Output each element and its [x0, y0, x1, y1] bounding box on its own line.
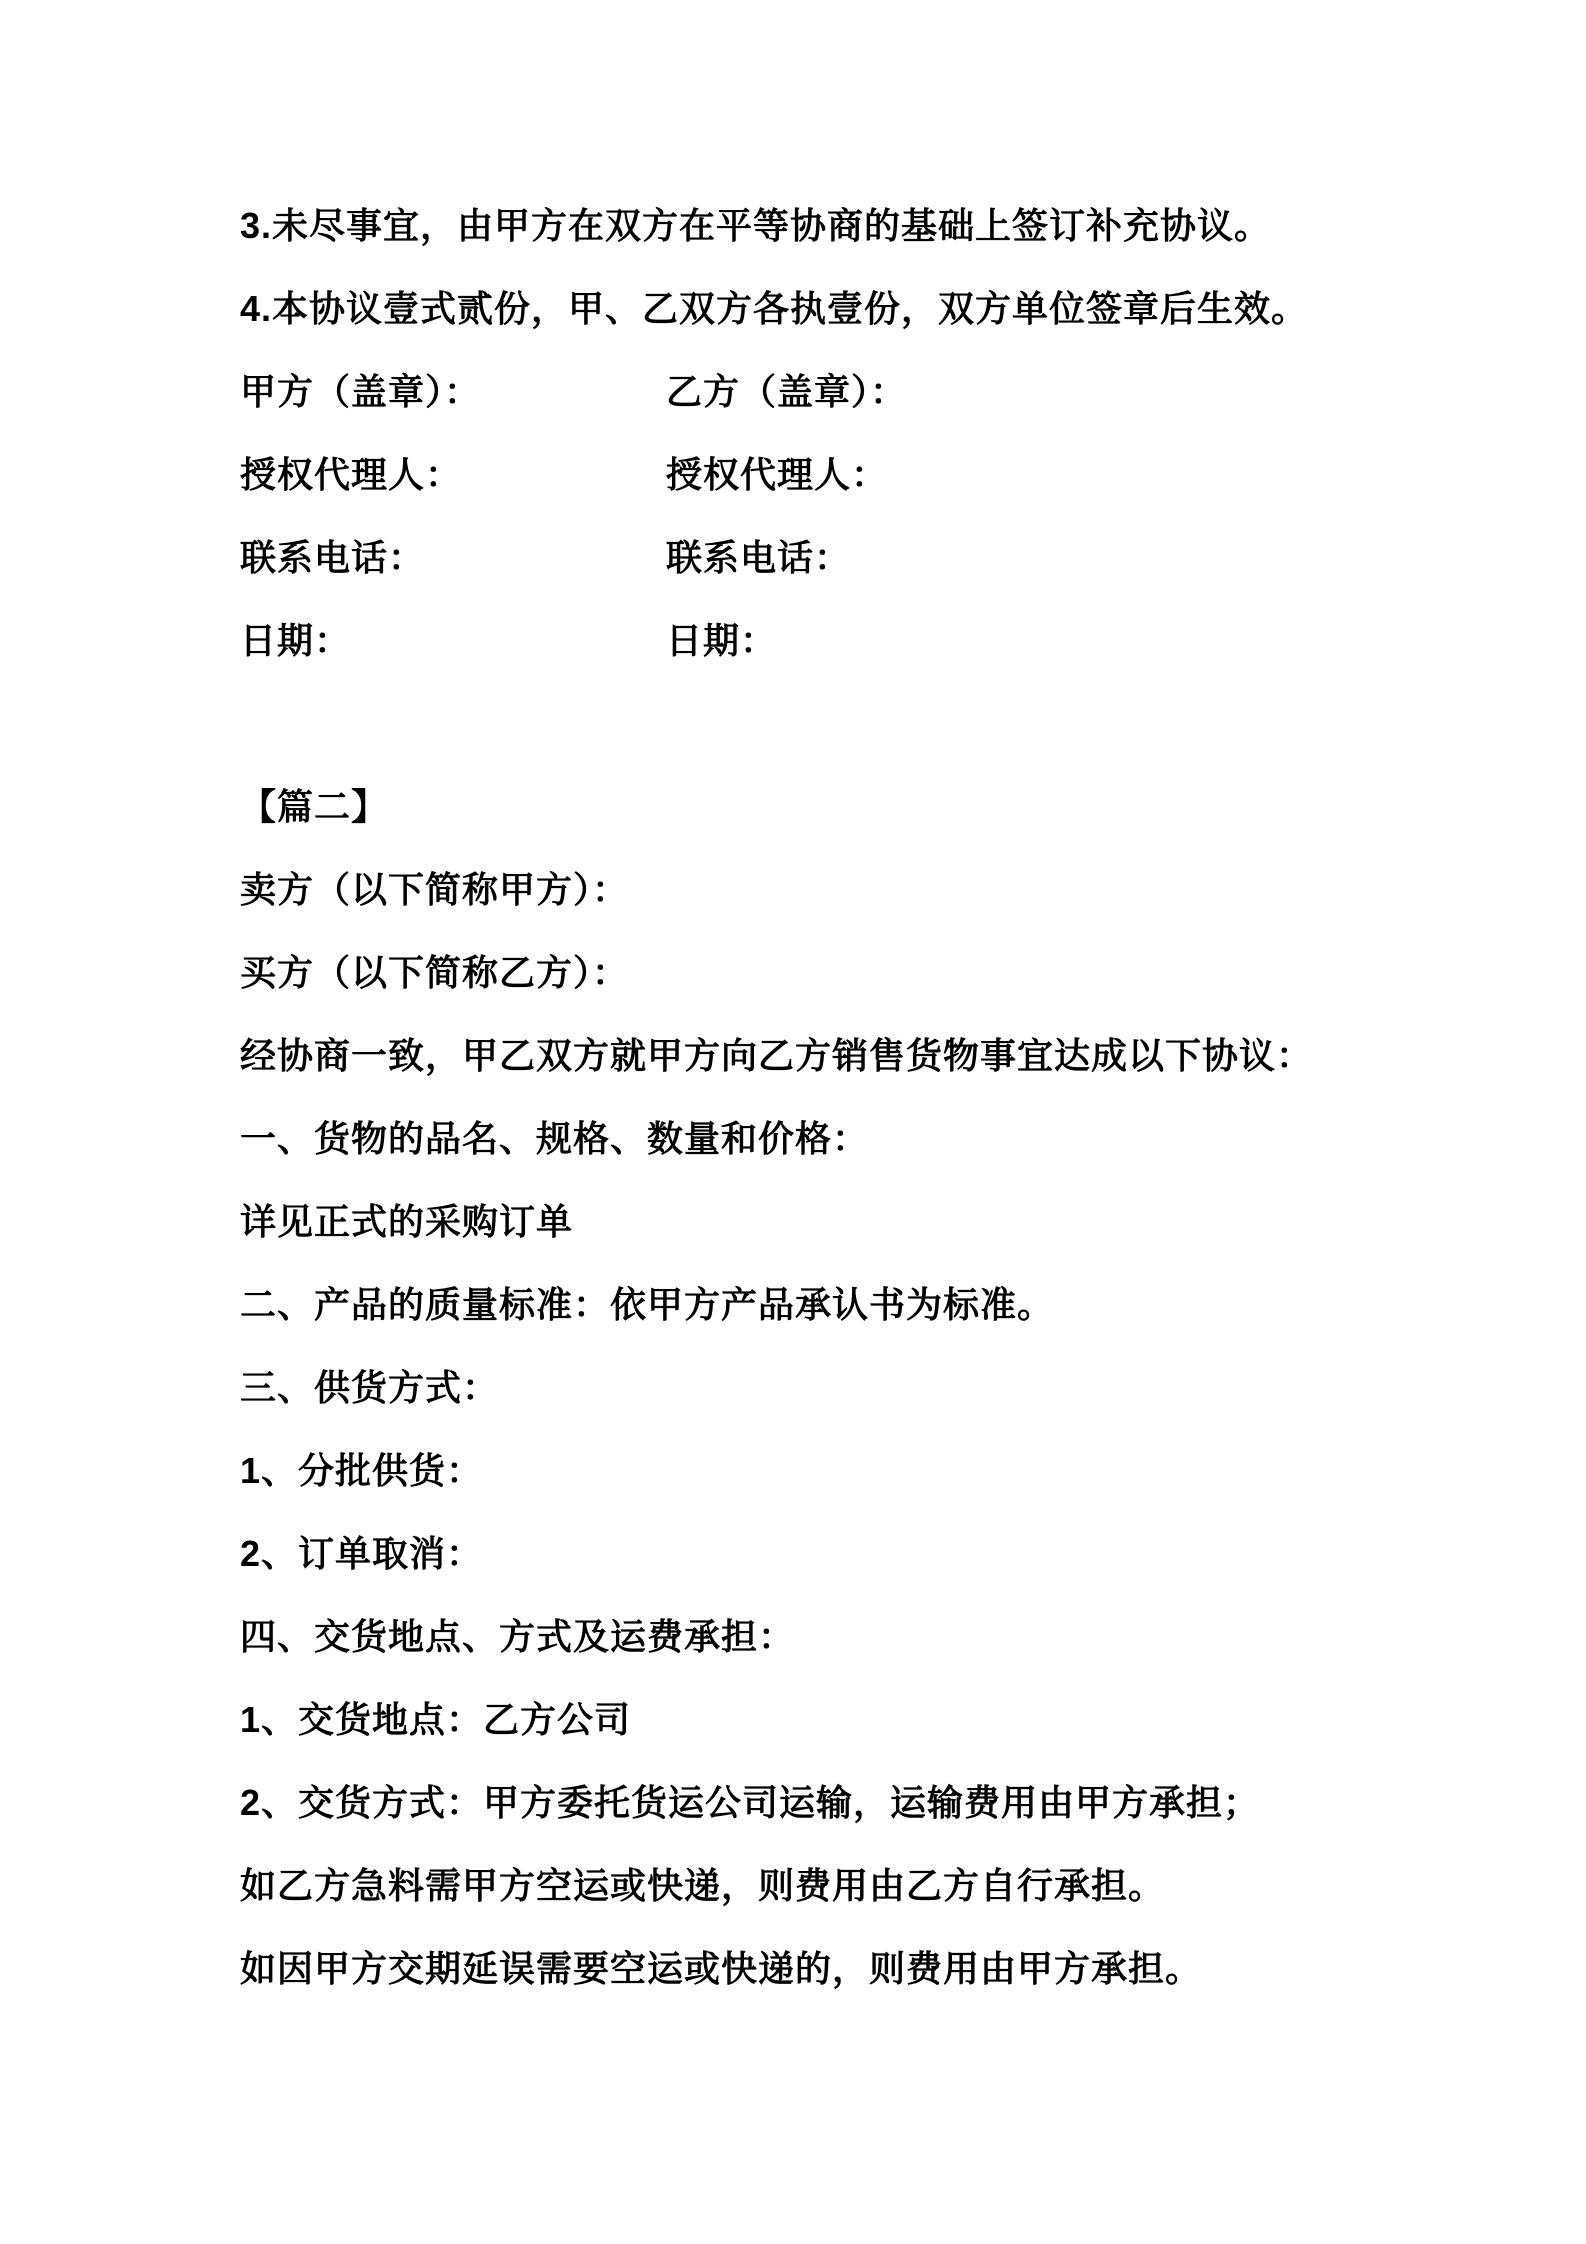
- article-2-heading: 二、产品的质量标准：依甲方产品承认书为标准。: [240, 1263, 1526, 1346]
- contract-document-page: 3.未尽事宜，由甲方在双方在平等协商的基础上签订补充协议。 4.本协议壹式贰份，…: [0, 0, 1586, 2244]
- signature-row-seal: 甲方（盖章）： 乙方（盖章）：: [240, 350, 1526, 433]
- party-a-phone-label: 联系电话：: [240, 516, 655, 599]
- signature-row-agent: 授权代理人： 授权代理人：: [240, 433, 1526, 516]
- signature-row-phone: 联系电话： 联系电话：: [240, 516, 1526, 599]
- article-4-item-2-cont-1: 如乙方急料需甲方空运或快递，则费用由乙方自行承担。: [240, 1844, 1526, 1927]
- article-4-item-2-cont-2: 如因甲方交期延误需要空运或快递的，则费用由甲方承担。: [240, 1927, 1526, 2010]
- article-4-heading: 四、交货地点、方式及运费承担：: [240, 1595, 1526, 1678]
- article-3-item-1: 1、分批供货：: [240, 1429, 1526, 1512]
- party-a-agent-label: 授权代理人：: [240, 433, 655, 516]
- article-1-body: 详见正式的采购订单: [240, 1180, 1526, 1263]
- party-a-date-label: 日期：: [240, 599, 655, 682]
- party-b-seal-label: 乙方（盖章）：: [666, 371, 907, 412]
- clause-4-text: 4.本协议壹式贰份，甲、乙双方各执壹份，双方单位签章后生效。: [240, 267, 1526, 350]
- agreement-intro-text: 经协商一致，甲乙双方就甲方向乙方销售货物事宜达成以下协议：: [240, 1014, 1526, 1097]
- signature-row-date: 日期： 日期：: [240, 599, 1526, 682]
- party-a-seal-label: 甲方（盖章）：: [240, 350, 655, 433]
- clause-3-text: 3.未尽事宜，由甲方在双方在平等协商的基础上签订补充协议。: [240, 184, 1526, 267]
- section-two-title: 【篇二】: [240, 765, 1526, 848]
- buyer-label: 买方（以下简称乙方）：: [240, 931, 1526, 1014]
- party-b-agent-label: 授权代理人：: [666, 454, 888, 495]
- article-3-item-2: 2、订单取消：: [240, 1512, 1526, 1595]
- article-3-heading: 三、供货方式：: [240, 1346, 1526, 1429]
- party-b-date-label: 日期：: [666, 620, 777, 661]
- document-content: 3.未尽事宜，由甲方在双方在平等协商的基础上签订补充协议。 4.本协议壹式贰份，…: [240, 184, 1526, 2010]
- article-4-item-2: 2、交货方式：甲方委托货运公司运输，运输费用由甲方承担；: [240, 1761, 1526, 1844]
- article-1-heading: 一、货物的品名、规格、数量和价格：: [240, 1097, 1526, 1180]
- party-b-phone-label: 联系电话：: [666, 537, 851, 578]
- article-4-item-1: 1、交货地点：乙方公司: [240, 1678, 1526, 1761]
- seller-label: 卖方（以下简称甲方）：: [240, 848, 1526, 931]
